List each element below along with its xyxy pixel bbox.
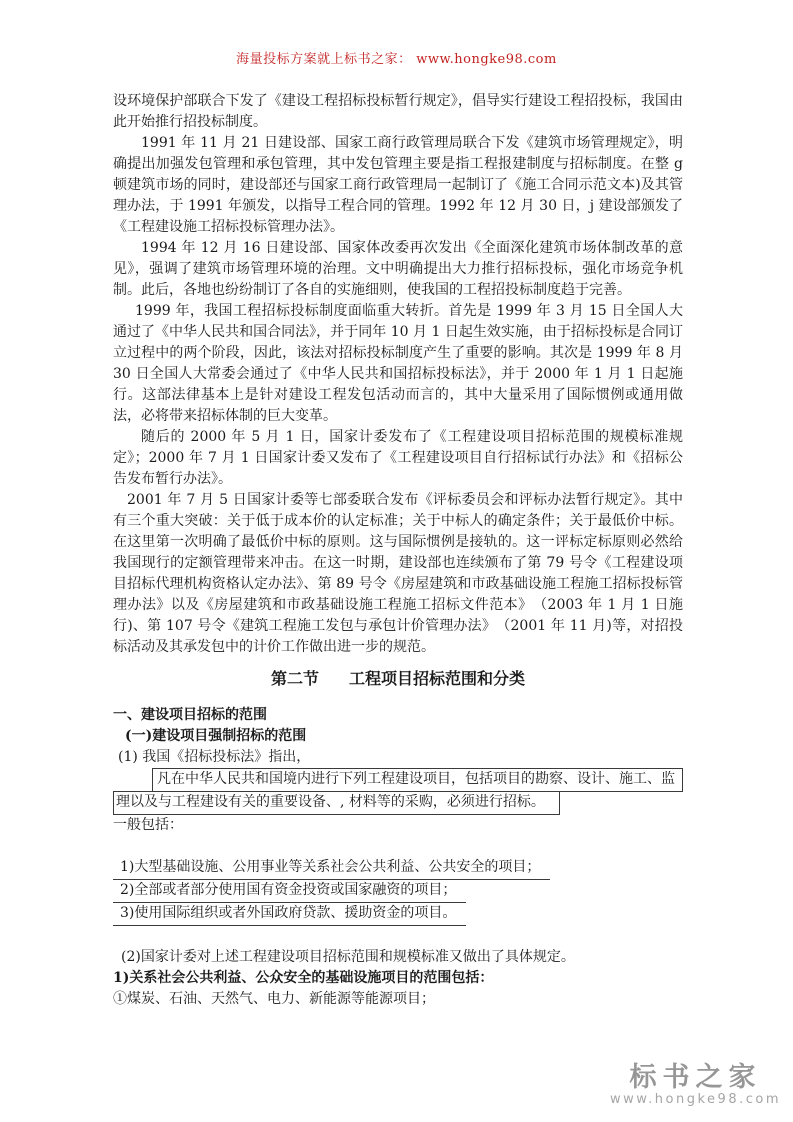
blank-line bbox=[113, 926, 683, 947]
footer-watermark: 标书之家 www.hongke98.com bbox=[610, 1064, 781, 1108]
energy-bullet: ①煤炭、石油、天然气、电力、新能源等能源项目； bbox=[113, 989, 683, 1010]
boxed-quote-line-2: 理以及与工程建设有关的重要设备、, 材料等的采购，必须进行招标。 bbox=[113, 791, 560, 815]
ndrc-provision: (2)国家计委对上述工程建设项目招标范围和规模标准又做出了具体规定。 bbox=[113, 947, 683, 968]
section-heading: 第二节工程项目招标范围和分类 bbox=[113, 667, 683, 691]
heading-scope: 一、建设项目招标的范围 bbox=[113, 705, 683, 726]
law-quote-intro: (1) 我国《招标投标法》指出， bbox=[113, 747, 683, 768]
watermark-logo-text: 标书之家 bbox=[610, 1064, 781, 1092]
infrastructure-heading: 1)关系社会公共利益、公众安全的基础设施项目的范围包括： bbox=[113, 968, 683, 989]
document-page: 海量投标方案就上标书之家： www.hongke98.com 设环境保护部联合下… bbox=[0, 0, 793, 1122]
section-title: 工程项目招标范围和分类 bbox=[349, 669, 525, 688]
paragraph-6: 2001 年 7 月 5 日国家计委等七部委联合发布《评标委员会和评标办法暂行规… bbox=[113, 490, 683, 658]
section-number: 第二节 bbox=[271, 669, 319, 688]
paragraph-5: 随后的 2000 年 5 月 1 日，国家计委发布了《工程建设项目招标范围的规模… bbox=[113, 427, 683, 490]
paragraph-2: 1991 年 11 月 21 日建设部、国家工商行政管理局联合下发《建筑市场管理… bbox=[113, 133, 683, 238]
blank-line bbox=[113, 836, 683, 857]
document-body: 设环境保护部联合下发了《建设工程招标投标暂行规定》，倡导实行建设工程招投标，我国… bbox=[113, 91, 683, 1010]
header-slogan: 海量投标方案就上标书之家： www.hongke98.com bbox=[0, 48, 793, 67]
paragraph-3: 1994 年 12 月 16 日建设部、国家体改委再次发出《全面深化建筑市场体制… bbox=[113, 238, 683, 301]
underlined-item-1: 1)大型基础设施、公用事业等关系社会公共利益、公共安全的项目； bbox=[113, 857, 550, 880]
paragraph-4: 1999 年，我国工程招标投标制度面临重大转折。首先是 1999 年 3 月 1… bbox=[113, 301, 683, 427]
boxed-quote-line-1: 凡在中华人民共和国境内进行下列工程建设项目，包括项目的勘察、设计、施工、监 bbox=[152, 768, 683, 792]
watermark-url: www.hongke98.com bbox=[610, 1092, 781, 1108]
underlined-item-3: 3)使用国际组织或者外国政府贷款、援助资金的项目。 bbox=[113, 903, 466, 926]
paragraph-1: 设环境保护部联合下发了《建设工程招标投标暂行规定》，倡导实行建设工程招投标，我国… bbox=[113, 91, 683, 133]
subheading-mandatory-scope: (一)建设项目强制招标的范围 bbox=[113, 726, 683, 747]
general-include-label: 一般包括： bbox=[113, 815, 683, 836]
underlined-item-2: 2)全部或者部分使用国有资金投资或国家融资的项目； bbox=[113, 880, 466, 903]
